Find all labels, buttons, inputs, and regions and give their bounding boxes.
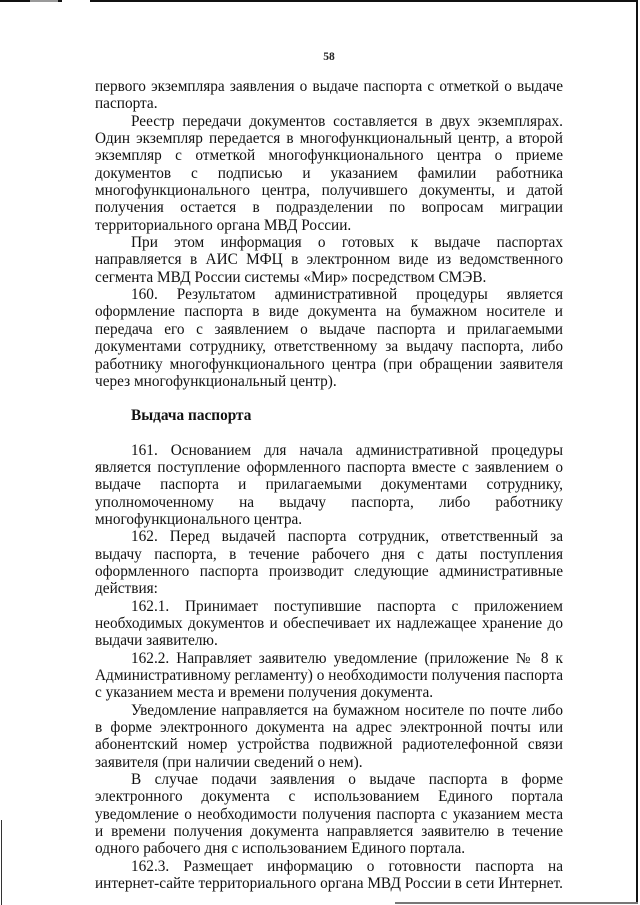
paragraph-162: 162. Перед выдачей паспорта сотрудник, о… — [95, 528, 563, 597]
paragraph-electronic: В случае подачи заявления о выдаче паспо… — [95, 771, 563, 858]
scan-edge-left — [1, 820, 2, 905]
section-heading: Выдача паспорта — [95, 407, 563, 424]
scan-edge-artifact — [30, 0, 58, 2]
paragraph-162-1: 162.1. Принимает поступившие паспорта с … — [95, 598, 563, 650]
paragraph-registry: Реестр передачи документов составляется … — [95, 113, 563, 234]
scan-edge-right — [636, 0, 638, 903]
paragraph-162-3: 162.3. Размещает информацию о готовности… — [95, 858, 563, 893]
document-body: 58 первого экземпляра заявления о выдаче… — [95, 50, 563, 892]
scan-edge-top — [0, 0, 636, 2]
scan-edge-artifact — [62, 0, 90, 2]
scanned-page: 58 первого экземпляра заявления о выдаче… — [0, 0, 640, 905]
paragraph-continuation: первого экземпляра заявления о выдаче па… — [95, 78, 563, 113]
page-number: 58 — [95, 50, 563, 64]
paragraph-ais-mfc: При этом информация о готовых к выдаче п… — [95, 234, 563, 286]
scan-edge-bottom — [395, 902, 638, 904]
paragraph-161: 161. Основанием для начала административ… — [95, 442, 563, 529]
paragraph-160: 160. Результатом административной процед… — [95, 286, 563, 390]
paragraph-notification: Уведомление направляется на бумажном нос… — [95, 702, 563, 771]
paragraph-162-2: 162.2. Направляет заявителю уведомление … — [95, 650, 563, 702]
